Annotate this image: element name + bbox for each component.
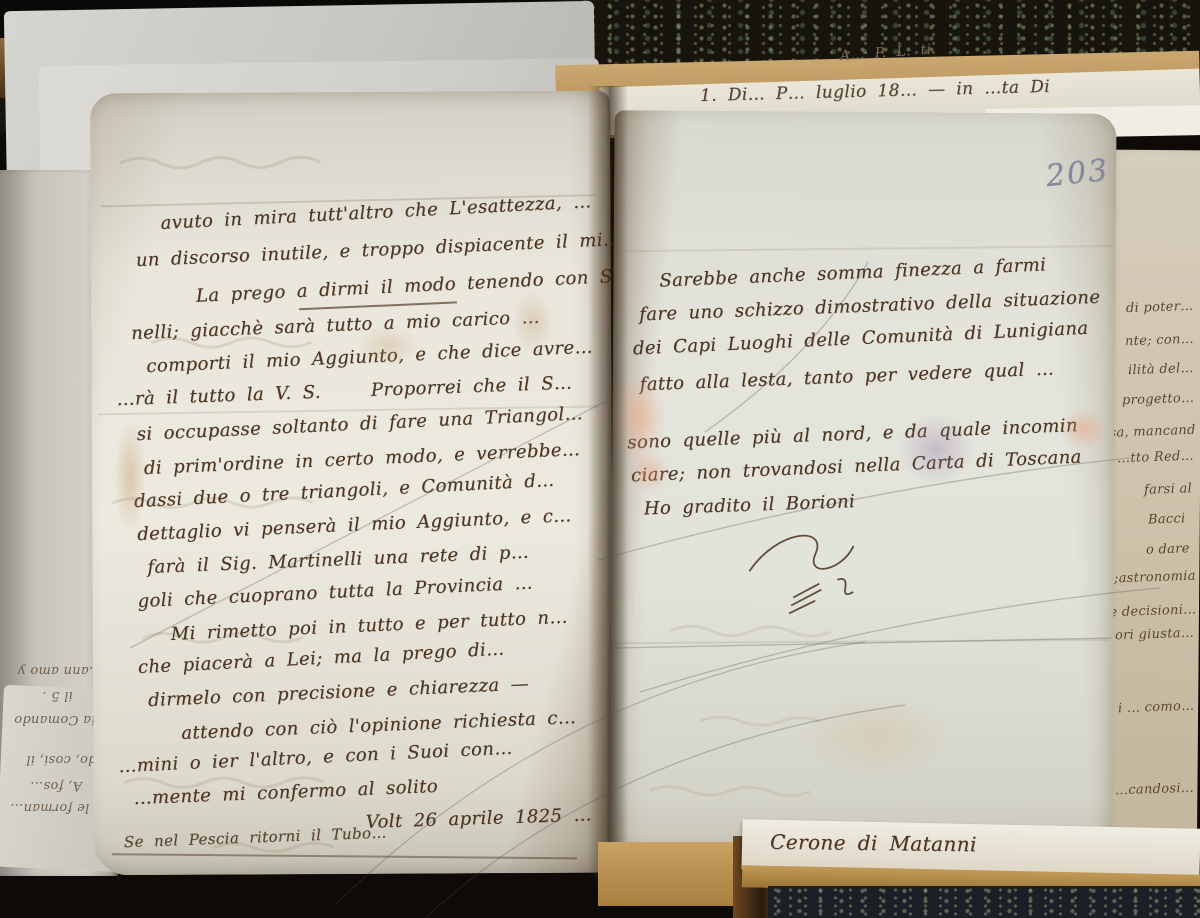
right-edge-fragment: …ori giusta xyxy=(1115,626,1195,644)
docket-label: Cerone di Matanni xyxy=(770,830,977,857)
stain xyxy=(628,450,670,494)
page-number: 203 xyxy=(1044,153,1111,194)
left-edge-fragment: Jia Comando xyxy=(14,712,101,727)
stain xyxy=(114,420,146,535)
right-edge-fragment: …i … como xyxy=(1117,699,1194,717)
stain xyxy=(1060,408,1108,450)
stain xyxy=(798,695,953,777)
left-edge-fragment: le forman… xyxy=(10,800,89,815)
right-edge-fragment: farsi al xyxy=(1144,481,1193,498)
right-edge-fragment: astronomia; xyxy=(1114,569,1196,587)
left-edge-fragment: …ann amo y xyxy=(18,663,102,678)
left-edge-fragment: do, cosi, il xyxy=(26,752,97,767)
right-edge-fragment: …nte; con xyxy=(1125,332,1194,349)
stain xyxy=(356,325,420,367)
pen-flourish xyxy=(741,519,882,630)
right-edge-fragment: …se decisioni, xyxy=(1112,602,1196,620)
right-edge-fragment: Bacci xyxy=(1148,511,1186,527)
right-edge-fragment: …candosi… xyxy=(1115,781,1195,799)
gutter-shadow xyxy=(588,86,628,878)
book-cover-bottom xyxy=(768,886,1200,918)
right-edge-fragment: o dare xyxy=(1146,541,1190,558)
left-page: avuto in mira tutt'altro che L'esattezza… xyxy=(90,91,614,876)
left-edge-fragment: il 5 . xyxy=(42,688,73,703)
right-edge-fragments: …di poter …nte; con …ilità del …progetto… xyxy=(1112,150,1200,850)
manuscript-photo: …ann amo y il 5 . Jia Comando do, cosi, … xyxy=(0,0,1200,918)
stain xyxy=(898,414,974,484)
page-edges-bottom-center xyxy=(598,842,748,906)
right-edge-fragment: …tto Red… xyxy=(1117,449,1194,467)
right-edge-fragment: di cosa, mancand… xyxy=(1112,423,1196,443)
right-edge-fragment: …ilità del xyxy=(1128,361,1194,378)
stain xyxy=(512,290,554,354)
left-edge-fragment: A, fos… xyxy=(30,778,82,793)
right-edge-fragment: …progetto xyxy=(1121,391,1194,409)
right-edge-fragment: …di poter xyxy=(1126,299,1194,316)
